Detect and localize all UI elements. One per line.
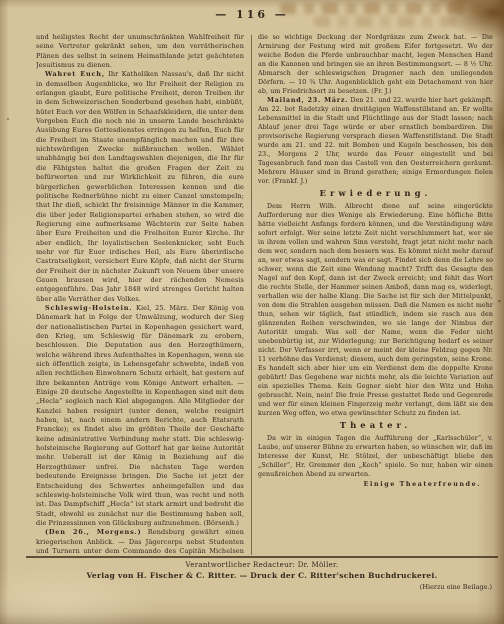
paragraph-lead: Wahret Euch, xyxy=(45,70,105,78)
paragraph-erwiederung: Dem Herrn Wilh. Albrecht diene auf seine… xyxy=(258,202,493,418)
paragraph-mailand: Mailand, 23. März. Den 21. und 22. wurde… xyxy=(258,96,493,186)
footer-rule xyxy=(26,556,498,558)
paragraph-lead: (Den 26., Morgens.) xyxy=(45,528,141,536)
imprint-editor: Verantwortlicher Redacteur: Dr. Möller. xyxy=(26,561,498,569)
paragraph-text: Da wir in einigen Tagen die Aufführung d… xyxy=(258,435,493,478)
footer-imprint: Verantwortlicher Redacteur: Dr. Möller. … xyxy=(26,556,498,591)
paragraph: und heiligstes Recht der unumschränkten … xyxy=(36,33,244,70)
text-columns: und heiligstes Recht der unumschränkten … xyxy=(36,33,493,557)
imprint-publisher: Verlag von H. Fischer & C. Ritter. — Dru… xyxy=(26,571,498,580)
paragraph-lead: Mailand, 23. März. xyxy=(267,97,348,104)
paragraph-lead: Schleswig-Holstein. xyxy=(45,304,132,312)
paragraph-text: Kiel, 25. März. Der König von Dänemark h… xyxy=(36,304,244,527)
section-heading-erwiederung: Erwiederung. xyxy=(258,190,493,199)
paragraph: Wahret Euch, Ihr Katholiken Nassau's, da… xyxy=(36,70,244,304)
supplement-note: (Hierzu eine Beilage.) xyxy=(26,583,498,591)
page-number: — 116 — xyxy=(0,8,504,21)
paragraph-theater: Da wir in einigen Tagen die Aufführung d… xyxy=(258,434,493,479)
signature: Einige Theaterfreunde. xyxy=(258,480,481,489)
ink-speck xyxy=(7,118,9,120)
ink-speck xyxy=(498,300,501,302)
paragraph-text: Den 21. und 22. wurde hier hart gekämpft… xyxy=(258,97,493,185)
paragraph-text: und heiligstes Recht der unumschränkten … xyxy=(36,33,244,69)
newspaper-page: — 116 — und heiligstes Recht der unumsch… xyxy=(0,0,504,624)
paragraph-schleswig-holstein: Schleswig-Holstein. Kiel, 25. März. Der … xyxy=(36,304,244,528)
paragraph-text: Dem Herrn Wilh. Albrecht diene auf seine… xyxy=(258,203,493,417)
left-column: und heiligstes Recht der unumschränkten … xyxy=(36,33,244,557)
paragraph-text: die so wichtige Deckung der Nordgränze z… xyxy=(258,34,493,95)
right-column: die so wichtige Deckung der Nordgränze z… xyxy=(258,33,493,557)
paragraph-text: Ihr Katholiken Nassau's, daß Ihr nicht i… xyxy=(36,70,244,302)
section-heading-theater: Theater. xyxy=(258,422,493,431)
paragraph-rendsburg: (Den 26., Morgens.) Rendsburg gewährt ei… xyxy=(36,528,244,557)
column-divider xyxy=(251,35,252,555)
paragraph: die so wichtige Deckung der Nordgränze z… xyxy=(258,33,493,96)
